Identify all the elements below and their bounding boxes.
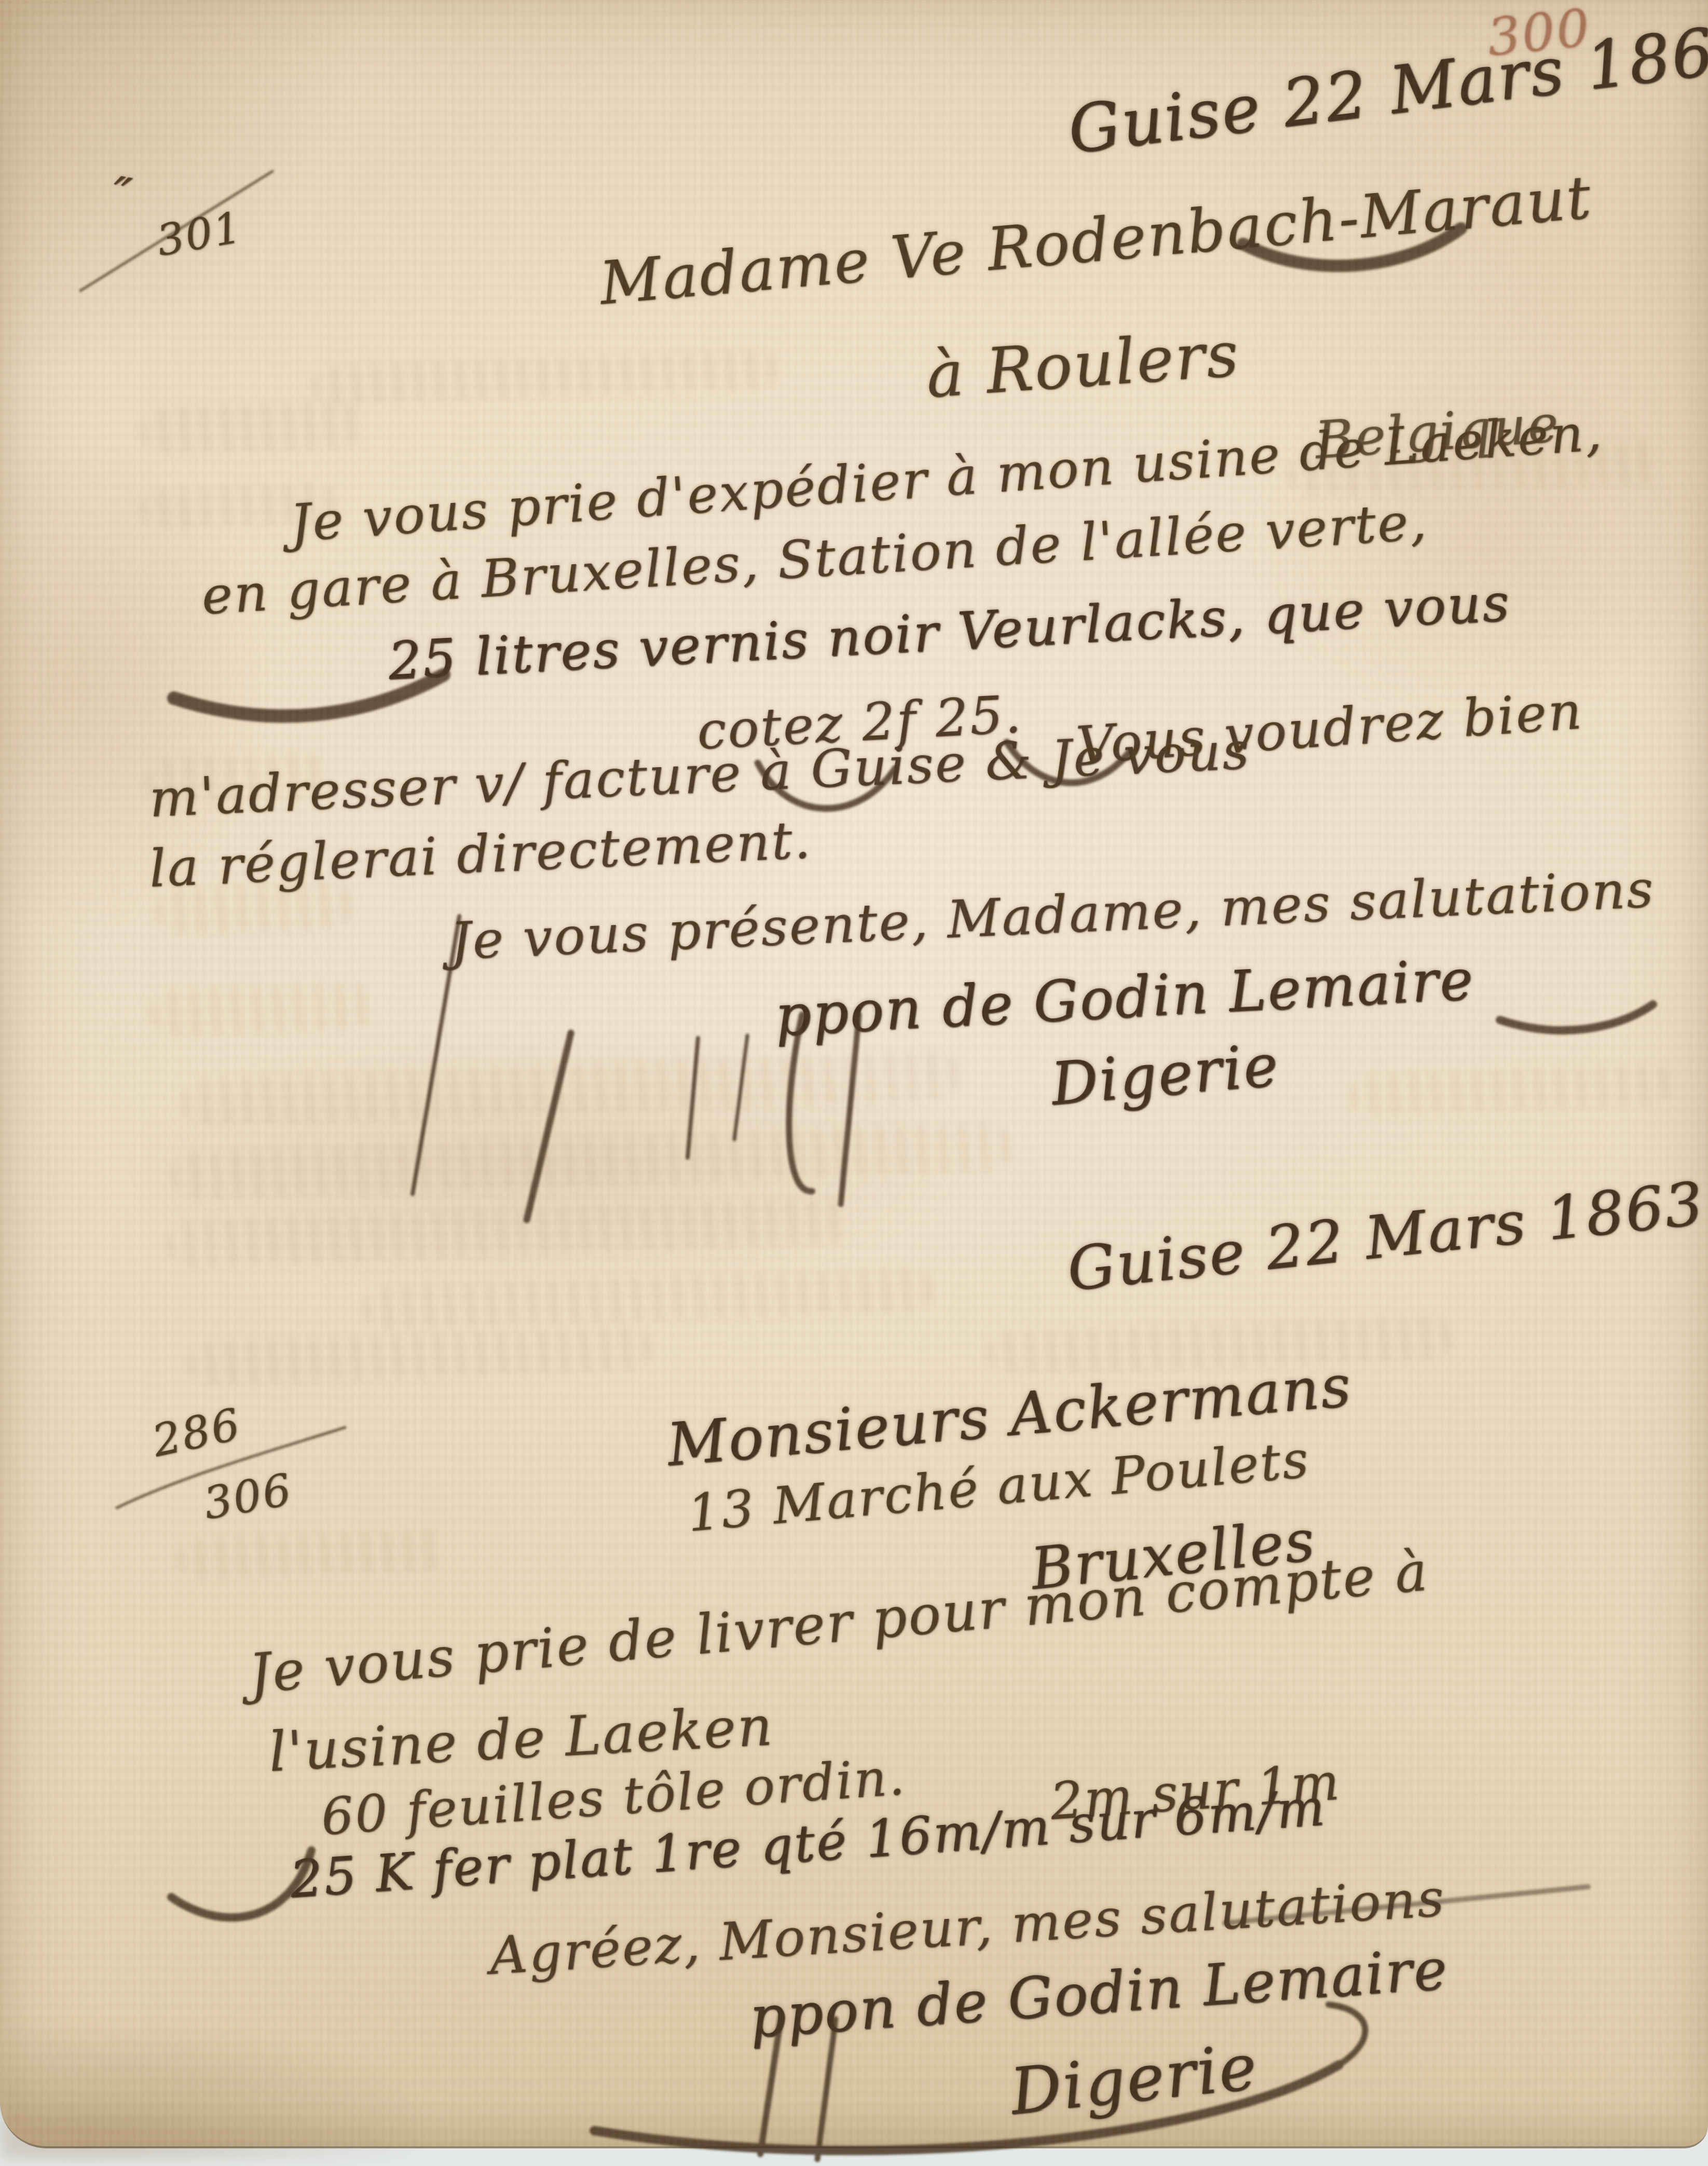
scanned-letter-page: { "document": { "kind": "handwritten let… <box>0 0 1708 2166</box>
